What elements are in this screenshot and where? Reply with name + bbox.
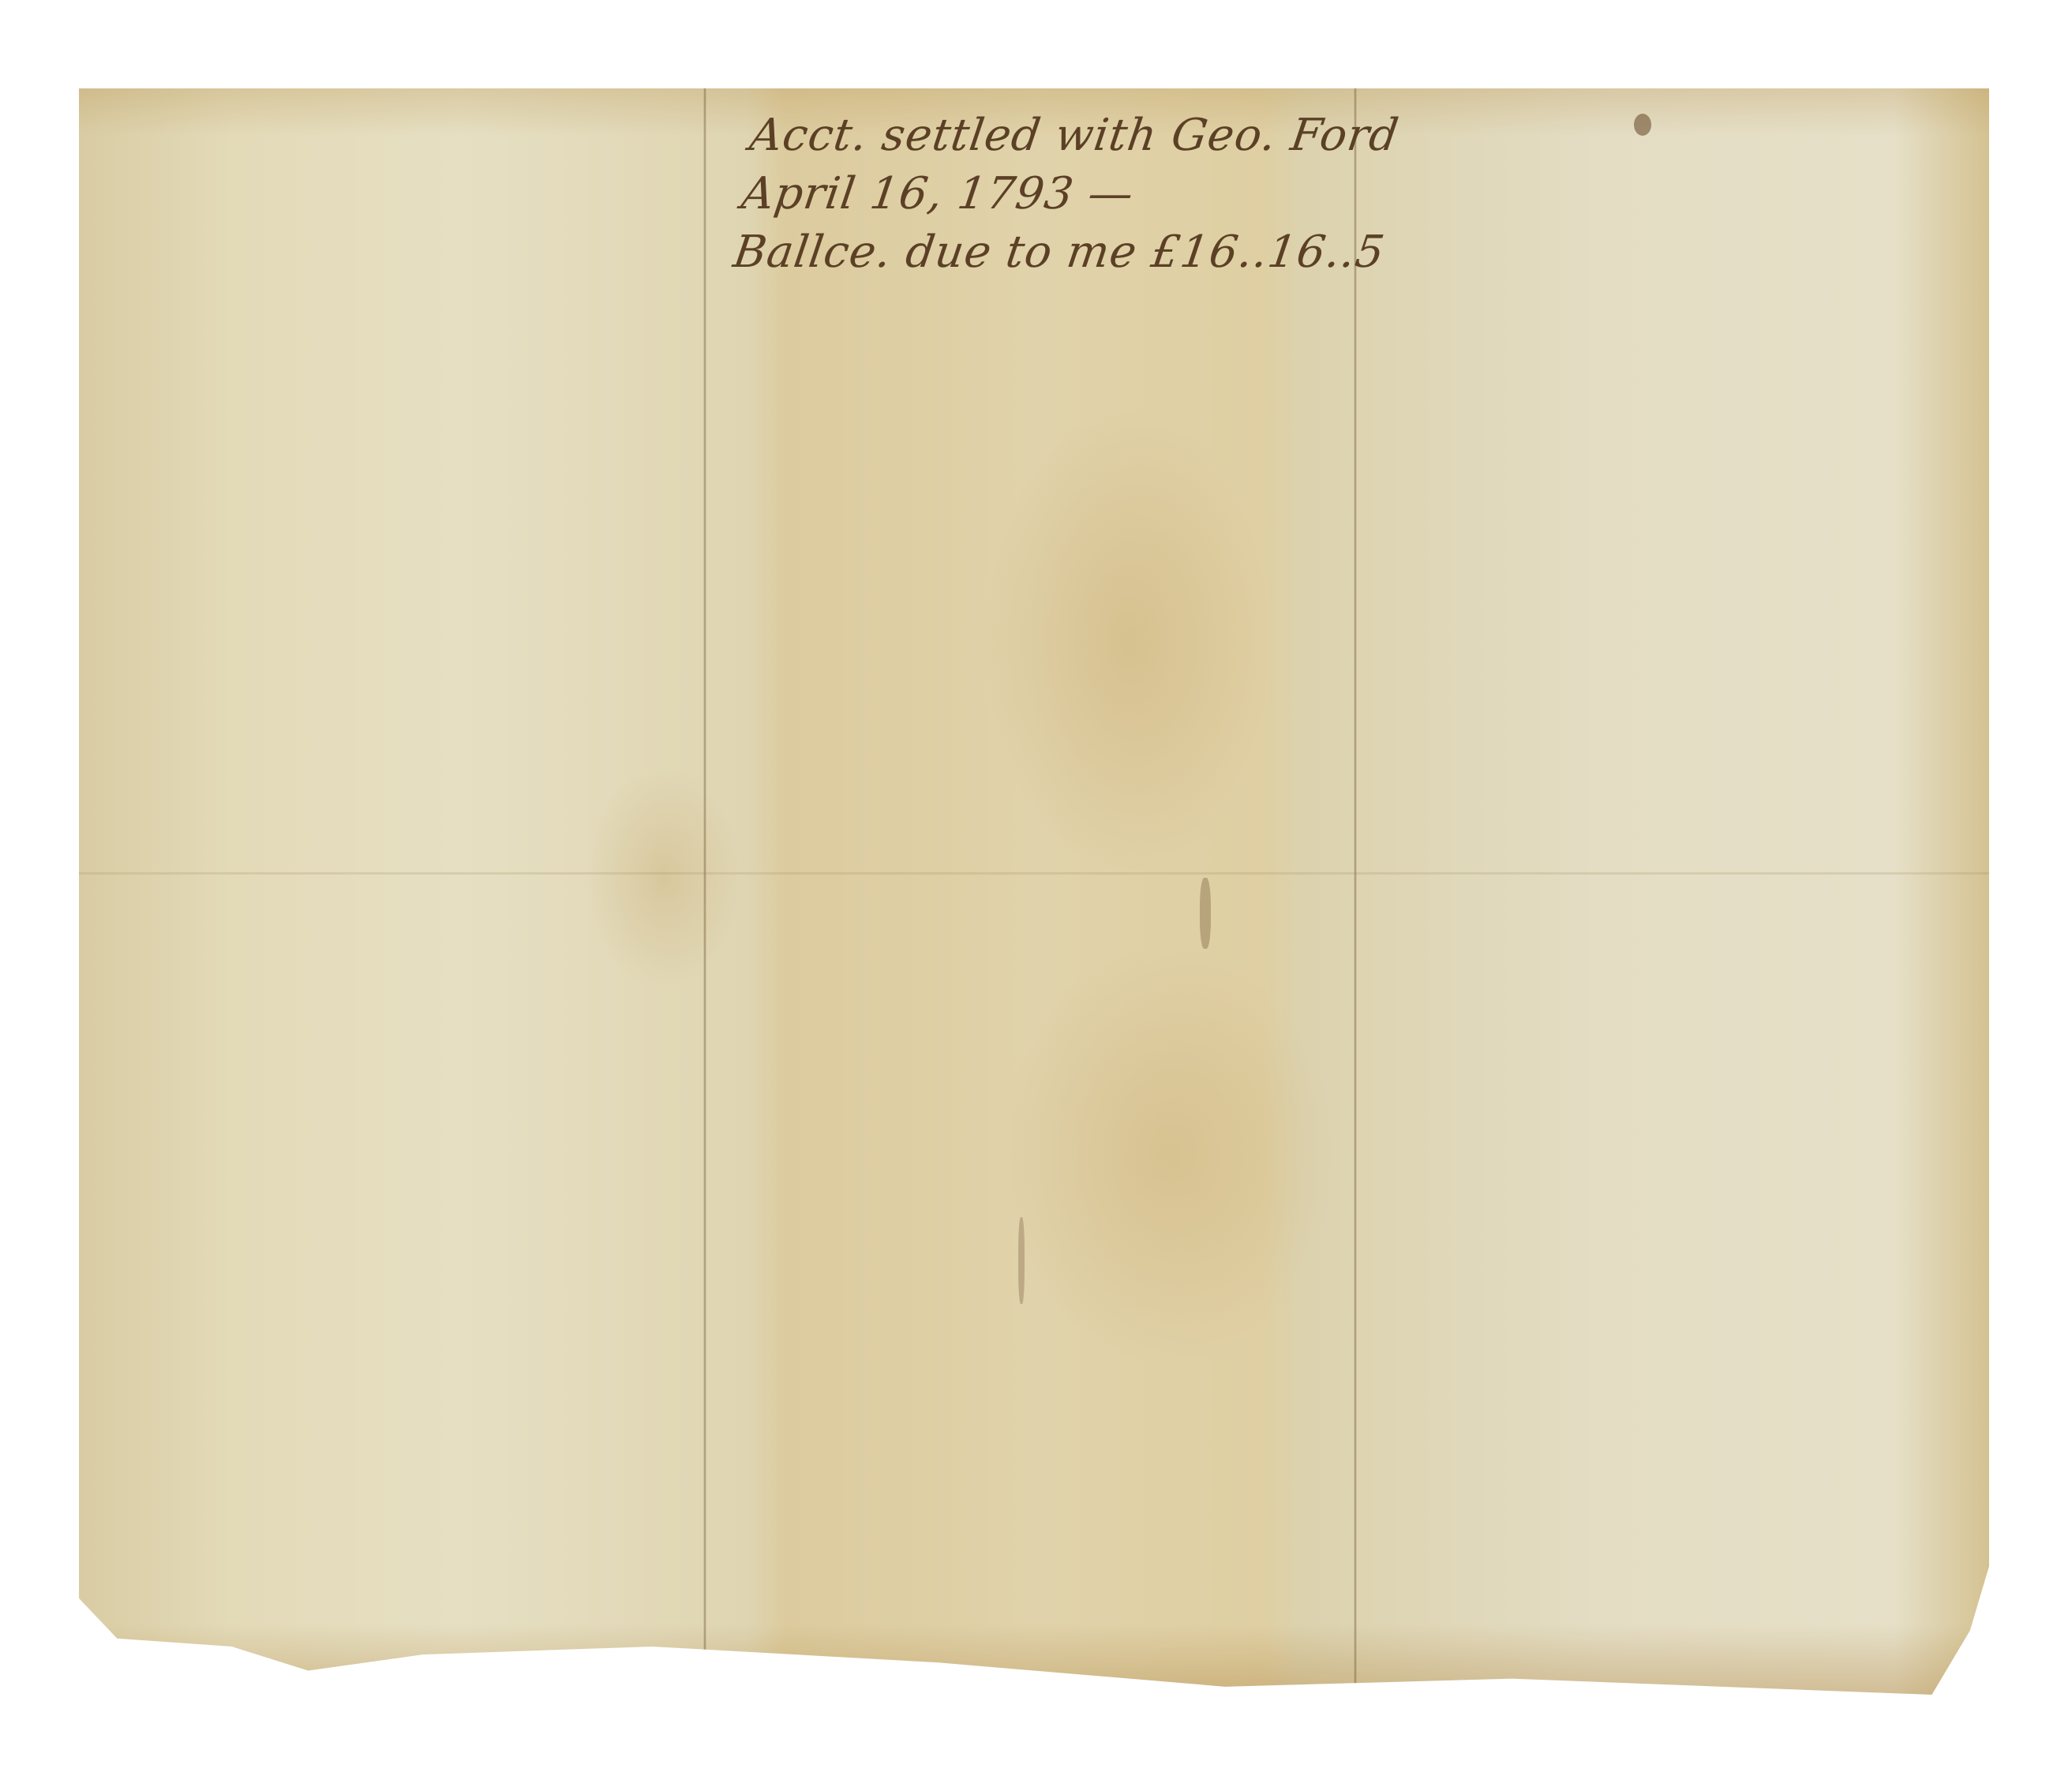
ink-smudge [1200,878,1211,949]
fold-line-right [1354,88,1357,1695]
horizontal-crease [79,872,1989,875]
annotation-line-balance: Ballce. due to me £16..16..5 [729,223,1321,282]
ink-spot [1634,114,1651,136]
paper-sheet [79,88,1989,1695]
annotation-line-account: Acct. settled with Geo. Ford [746,107,1338,165]
fold-line-left [703,88,706,1695]
handwritten-annotation: Acct. settled with Geo. Ford April 16, 1… [729,107,1338,282]
ink-smudge-lower [1018,1217,1025,1304]
annotation-line-date: April 16, 1793 — [738,165,1330,223]
